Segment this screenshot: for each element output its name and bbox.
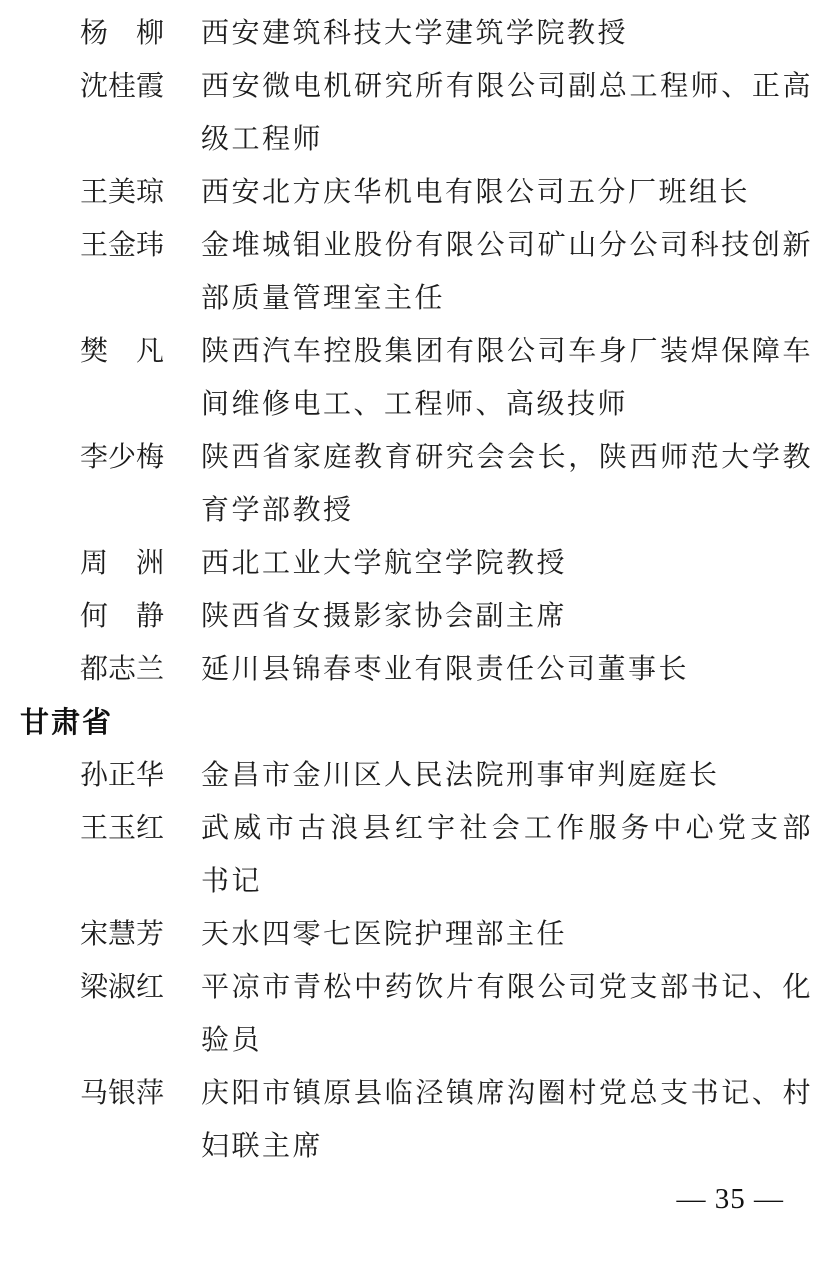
position-text: 西安北方庆华机电有限公司五分厂班组长 [201,166,813,219]
person-name-char: 樊 [80,325,108,378]
position-text: 延川县锦春枣业有限责任公司董事长 [201,643,813,696]
person-name-char: 银 [108,1067,136,1120]
person-name-char: 马 [80,1067,108,1120]
person-name: 何静 [80,590,164,643]
person-name: 都志兰 [80,643,164,696]
position-text: 西安建筑科技大学建筑学院教授 [201,7,813,60]
position-line: 延川县锦春枣业有限责任公司董事长 [201,643,813,696]
person-name-char: 王 [80,802,108,855]
name-list: 杨柳西安建筑科技大学建筑学院教授沈桂霞西安微电机研究所有限公司副总工程师、正高级… [0,0,828,1173]
position-line: 西北工业大学航空学院教授 [201,537,813,590]
position-text: 陕西省家庭教育研究会会长，陕西师范大学教育学部教授 [201,431,813,537]
person-name-char: 华 [136,749,164,802]
position-line: 部质量管理室主任 [201,272,813,325]
person-name: 王玉红 [80,802,164,855]
person-name-char: 美 [108,166,136,219]
person-name-char: 王 [80,219,108,272]
person-name: 樊凡 [80,325,164,378]
position-line: 陕西省女摄影家协会副主席 [201,590,813,643]
person-name: 孙正华 [80,749,164,802]
position-text: 陕西省女摄影家协会副主席 [201,590,813,643]
person-name-char: 何 [80,590,108,643]
person-name-char: 桂 [108,60,136,113]
position-text: 西安微电机研究所有限公司副总工程师、正高级工程师 [201,60,813,166]
person-name-char: 少 [108,431,136,484]
list-entry: 李少梅陕西省家庭教育研究会会长，陕西师范大学教育学部教授 [0,431,828,537]
list-entry: 王金玮金堆城钼业股份有限公司矿山分公司科技创新部质量管理室主任 [0,219,828,325]
person-name-char: 慧 [108,908,136,961]
list-entry: 樊凡陕西汽车控股集团有限公司车身厂装焊保障车间维修电工、工程师、高级技师 [0,325,828,431]
position-line: 天水四零七医院护理部主任 [201,908,813,961]
province-header: 甘肃省 [20,696,828,749]
position-line: 间维修电工、工程师、高级技师 [201,378,813,431]
list-entry: 宋慧芳天水四零七医院护理部主任 [0,908,828,961]
list-entry: 王玉红武威市古浪县红宇社会工作服务中心党支部书记 [0,802,828,908]
position-text: 西北工业大学航空学院教授 [201,537,813,590]
position-line: 验员 [201,1014,813,1067]
position-line: 育学部教授 [201,484,813,537]
person-name-char: 兰 [136,643,164,696]
page-number: — 35 — [677,1183,785,1215]
list-entry: 周洲西北工业大学航空学院教授 [0,537,828,590]
position-line: 西安建筑科技大学建筑学院教授 [201,7,813,60]
person-name: 李少梅 [80,431,164,484]
list-entry: 杨柳西安建筑科技大学建筑学院教授 [0,7,828,60]
person-name-char: 孙 [80,749,108,802]
person-name: 沈桂霞 [80,60,164,113]
person-name: 周洲 [80,537,164,590]
person-name-char: 玉 [108,802,136,855]
position-line: 金堆城钼业股份有限公司矿山分公司科技创新 [201,219,813,272]
person-name-char: 霞 [136,60,164,113]
person-name-char: 静 [136,590,164,643]
person-name-char: 凡 [136,325,164,378]
person-name-char: 洲 [136,537,164,590]
person-name: 宋慧芳 [80,908,164,961]
person-name-char: 梅 [136,431,164,484]
person-name-char: 红 [136,802,164,855]
position-text: 金昌市金川区人民法院刑事审判庭庭长 [201,749,813,802]
person-name: 王美琼 [80,166,164,219]
person-name-char: 琼 [136,166,164,219]
position-line: 妇联主席 [201,1120,813,1173]
list-entry: 王美琼西安北方庆华机电有限公司五分厂班组长 [0,166,828,219]
list-entry: 马银萍庆阳市镇原县临泾镇席沟圈村党总支书记、村妇联主席 [0,1067,828,1173]
list-entry: 梁淑红平凉市青松中药饮片有限公司党支部书记、化验员 [0,961,828,1067]
page-footer: — 35 — [0,1173,828,1226]
person-name: 杨柳 [80,7,164,60]
position-text: 武威市古浪县红宇社会工作服务中心党支部书记 [201,802,813,908]
person-name-char: 红 [136,961,164,1014]
person-name-char: 杨 [80,7,108,60]
person-name-char: 萍 [136,1067,164,1120]
position-line: 书记 [201,855,813,908]
position-text: 陕西汽车控股集团有限公司车身厂装焊保障车间维修电工、工程师、高级技师 [201,325,813,431]
person-name-char: 王 [80,166,108,219]
position-line: 陕西汽车控股集团有限公司车身厂装焊保障车 [201,325,813,378]
person-name-char: 梁 [80,961,108,1014]
list-entry: 都志兰延川县锦春枣业有限责任公司董事长 [0,643,828,696]
person-name: 马银萍 [80,1067,164,1120]
person-name-char: 芳 [136,908,164,961]
person-name-char: 沈 [80,60,108,113]
person-name-char: 正 [108,749,136,802]
list-entry: 沈桂霞西安微电机研究所有限公司副总工程师、正高级工程师 [0,60,828,166]
person-name-char: 都 [80,643,108,696]
position-line: 级工程师 [201,113,813,166]
position-line: 平凉市青松中药饮片有限公司党支部书记、化 [201,961,813,1014]
position-line: 西安微电机研究所有限公司副总工程师、正高 [201,60,813,113]
position-text: 金堆城钼业股份有限公司矿山分公司科技创新部质量管理室主任 [201,219,813,325]
person-name-char: 周 [80,537,108,590]
person-name-char: 宋 [80,908,108,961]
position-line: 西安北方庆华机电有限公司五分厂班组长 [201,166,813,219]
person-name-char: 金 [108,219,136,272]
person-name-char: 李 [80,431,108,484]
document-page: 杨柳西安建筑科技大学建筑学院教授沈桂霞西安微电机研究所有限公司副总工程师、正高级… [0,0,828,1280]
person-name-char: 淑 [108,961,136,1014]
person-name-char: 志 [108,643,136,696]
position-line: 庆阳市镇原县临泾镇席沟圈村党总支书记、村 [201,1067,813,1120]
person-name-char: 玮 [136,219,164,272]
person-name-char: 柳 [136,7,164,60]
person-name: 王金玮 [80,219,164,272]
position-text: 平凉市青松中药饮片有限公司党支部书记、化验员 [201,961,813,1067]
position-line: 金昌市金川区人民法院刑事审判庭庭长 [201,749,813,802]
list-entry: 何静陕西省女摄影家协会副主席 [0,590,828,643]
position-line: 陕西省家庭教育研究会会长，陕西师范大学教 [201,431,813,484]
position-line: 武威市古浪县红宇社会工作服务中心党支部 [201,802,813,855]
person-name: 梁淑红 [80,961,164,1014]
list-entry: 孙正华金昌市金川区人民法院刑事审判庭庭长 [0,749,828,802]
position-text: 天水四零七医院护理部主任 [201,908,813,961]
position-text: 庆阳市镇原县临泾镇席沟圈村党总支书记、村妇联主席 [201,1067,813,1173]
